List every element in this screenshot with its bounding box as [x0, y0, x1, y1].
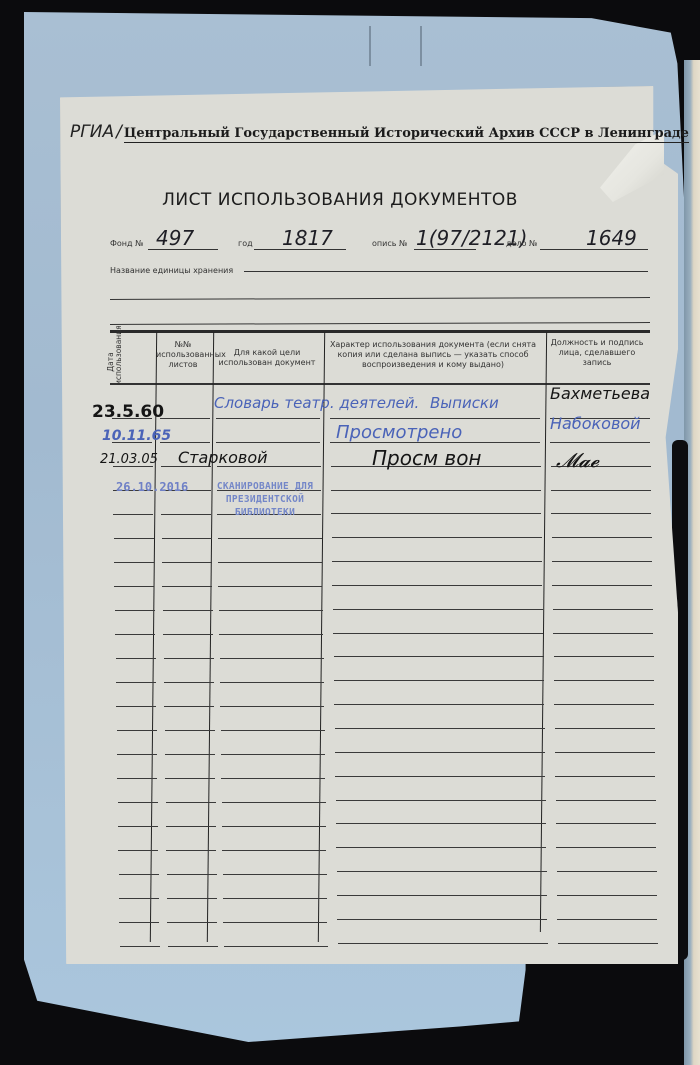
- row-rule: [167, 874, 217, 875]
- row2-signature: Набоковой: [550, 414, 641, 433]
- row-rule: [332, 585, 542, 586]
- row-rule: [221, 754, 325, 755]
- institution-name: Центральный Государственный Исторический…: [124, 126, 689, 143]
- col-header-sheets: №№ использованных листов: [156, 340, 210, 370]
- row-rule: [334, 704, 544, 705]
- row-rule: [218, 538, 322, 539]
- row-rule: [556, 800, 656, 801]
- row-rule: [334, 656, 544, 657]
- delo-label: дело №: [506, 239, 537, 248]
- archive-abbrev-handwritten: РГИА: [70, 122, 114, 142]
- row-rule: [331, 490, 541, 491]
- col-header-date: Дата использования: [108, 338, 122, 384]
- delo-value: 1649: [586, 226, 637, 250]
- row-rule: [160, 418, 210, 419]
- row-rule: [116, 682, 156, 683]
- meta-fields: Фонд № 497 год 1817 опись № 1(97/2121) д…: [108, 226, 648, 252]
- row-rule: [165, 730, 215, 731]
- row3-name: Старковой: [178, 448, 268, 467]
- row-rule: [114, 586, 154, 587]
- row-rule: [337, 871, 547, 872]
- row-rule: [219, 610, 323, 611]
- row-rule: [165, 778, 215, 779]
- row-rule: [553, 633, 653, 634]
- row-rule: [113, 514, 153, 515]
- row-rule: [166, 826, 216, 827]
- year-label: год: [238, 239, 253, 248]
- row-rule: [331, 513, 541, 514]
- row-rule: [161, 514, 211, 515]
- row-rule: [223, 922, 327, 923]
- row-rule: [556, 823, 656, 824]
- row-rule: [222, 826, 326, 827]
- row-rule: [162, 586, 212, 587]
- row-rule: [557, 871, 657, 872]
- fond-label: Фонд №: [110, 239, 143, 248]
- row-rule: [166, 850, 216, 851]
- row-rule: [165, 754, 215, 755]
- row-rule: [115, 634, 155, 635]
- row-rule: [218, 562, 322, 563]
- row-rule: [116, 658, 156, 659]
- row-rule: [162, 538, 212, 539]
- row-rule: [224, 946, 328, 947]
- row-rule: [118, 850, 158, 851]
- row-rule: [120, 946, 160, 947]
- row4-stamp-date: 26.10.2016: [116, 480, 188, 494]
- folder-crease: [369, 26, 371, 66]
- row-rule: [117, 730, 157, 731]
- table-top-rule: [110, 330, 650, 333]
- year-value: 1817: [282, 226, 333, 250]
- row-rule: [552, 561, 652, 562]
- col-header-signature: Должность и подпись лица, сделавшего зап…: [548, 338, 646, 368]
- row-rule: [163, 634, 213, 635]
- row-rule: [164, 706, 214, 707]
- row-rule: [167, 898, 217, 899]
- row-rule: [222, 850, 326, 851]
- row3-signature: 𝓜𝓪𝓮: [556, 448, 599, 472]
- row-rule: [163, 610, 213, 611]
- row-rule: [554, 656, 654, 657]
- row-rule: [333, 633, 543, 634]
- row-rule: [332, 561, 542, 562]
- row-rule: [166, 802, 216, 803]
- row-rule: [333, 609, 543, 610]
- col-header-purpose: Для какой цели использован документ: [214, 348, 320, 368]
- row-rule: [558, 943, 658, 944]
- row-rule: [336, 823, 546, 824]
- row-rule: [118, 826, 158, 827]
- row-rule: [555, 752, 655, 753]
- row-rule: [552, 537, 652, 538]
- row-rule: [220, 658, 324, 659]
- scan-stamp: СКАНИРОВАНИЕ ДЛЯ ПРЕЗИДЕНТСКОЙ БИБЛИОТЕК…: [212, 480, 318, 519]
- row2-date: 10.11.65: [102, 428, 171, 444]
- row-rule: [162, 562, 212, 563]
- row2-character: Просмотрено: [336, 422, 462, 443]
- row-rule: [114, 562, 154, 563]
- row-rule: [216, 442, 320, 443]
- row-rule: [554, 704, 654, 705]
- row-rule: [335, 752, 545, 753]
- folder-crease: [420, 26, 422, 66]
- opis-label: опись №: [372, 239, 407, 248]
- row-rule: [219, 634, 323, 635]
- row1-purpose: Словарь театр. деятелей.: [214, 394, 419, 412]
- row-rule: [164, 682, 214, 683]
- row-rule: [167, 922, 217, 923]
- row-rule: [218, 586, 322, 587]
- row-rule: [118, 802, 158, 803]
- row-rule: [552, 585, 652, 586]
- row-rule: [216, 418, 320, 419]
- unit-name-label: Название единицы хранения: [110, 266, 233, 275]
- row-rule: [330, 418, 540, 419]
- row-rule: [334, 680, 544, 681]
- row-rule: [119, 898, 159, 899]
- row3-character: Просм вон: [372, 446, 482, 470]
- row-rule: [555, 728, 655, 729]
- row-rule: [168, 946, 218, 947]
- row-rule: [336, 847, 546, 848]
- col-header-character: Характер использования документа (если с…: [326, 340, 540, 370]
- row-rule: [222, 802, 326, 803]
- row-rule: [336, 800, 546, 801]
- row-rule: [337, 919, 547, 920]
- row-rule: [117, 778, 157, 779]
- row-rule: [223, 898, 327, 899]
- row-rule: [335, 728, 545, 729]
- row1-signature: Бахметьева: [550, 384, 650, 403]
- row-rule: [338, 943, 548, 944]
- row-rule: [114, 538, 154, 539]
- row1-character: Выписки: [430, 394, 499, 412]
- row-rule: [117, 754, 157, 755]
- row-rule: [332, 537, 542, 538]
- unit-name-line: [244, 271, 648, 272]
- row-rule: [164, 658, 214, 659]
- page-title: ЛИСТ ИСПОЛЬЗОВАНИЯ ДОКУМЕНТОВ: [60, 190, 620, 210]
- usage-sheet: [60, 86, 678, 964]
- row-rule: [555, 776, 655, 777]
- row-rule: [119, 874, 159, 875]
- row-rule: [337, 895, 547, 896]
- row-rule: [221, 778, 325, 779]
- archive-header: РГИА/Центральный Государственный Историч…: [70, 122, 640, 148]
- row-rule: [119, 922, 159, 923]
- row-rule: [223, 874, 327, 875]
- row1-date: 23.5.60: [92, 402, 164, 422]
- row-rule: [557, 895, 657, 896]
- row-rule: [553, 609, 653, 610]
- row-rule: [335, 776, 545, 777]
- row-rule: [551, 513, 651, 514]
- row-rule: [115, 610, 155, 611]
- row-rule: [220, 682, 324, 683]
- row-rule: [220, 706, 324, 707]
- row-rule: [116, 706, 156, 707]
- fond-value: 497: [156, 226, 194, 250]
- row-rule: [221, 730, 325, 731]
- row-rule: [556, 847, 656, 848]
- row-rule: [550, 442, 650, 443]
- row-rule: [551, 490, 651, 491]
- row-rule: [554, 680, 654, 681]
- row-rule: [557, 919, 657, 920]
- row3-date: 21.03.05: [100, 452, 158, 467]
